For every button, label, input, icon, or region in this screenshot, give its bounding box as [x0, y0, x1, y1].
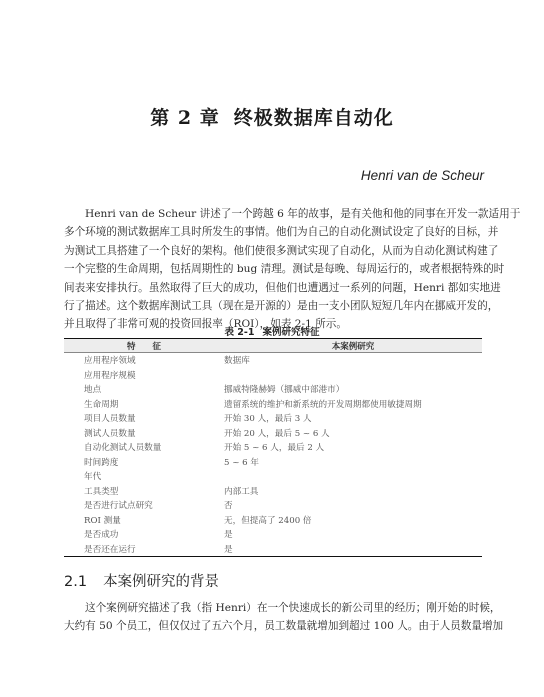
paragraph-line: Henri van de Scheur 讲述了一个跨越 6 年的故事，是有关他和… [64, 205, 482, 223]
table-cell-value: 开始 30 人，最后 3 人 [224, 411, 482, 426]
table-caption-number: 表 2-1 [225, 327, 255, 338]
table-header-this-case: 本案例研究 [224, 339, 482, 353]
table-row: 生命周期 遗留系统的维护和新系统的开发周期都使用敏捷周期 [64, 397, 482, 412]
intro-paragraph: Henri van de Scheur 讲述了一个跨越 6 年的故事，是有关他和… [64, 205, 482, 334]
paragraph-line: 大约有 50 个员工，但仅仅过了五六个月，员工数量就增加到超过 100 人。由于… [64, 617, 482, 635]
table-row: 应用程序领域 数据库 [64, 353, 482, 368]
table-cell-feature: 项目人员数量 [64, 411, 224, 426]
table-caption: 表 2-1案例研究特征 [0, 324, 544, 338]
table-cell-feature: 自动化测试人员数量 [64, 440, 224, 455]
paragraph-line: 一个完整的生命周期，包括周期性的 bug 清理。测试是每晚、每周运行的，或者根据… [64, 260, 482, 278]
case-study-table: 特 征 本案例研究 应用程序领域 数据库 应用程序规模 地点 挪威特隆赫姆（挪威… [64, 338, 482, 557]
chapter-author: Henri van de Scheur [361, 168, 484, 183]
table-cell-value: 否 [224, 498, 482, 513]
table-cell-feature: 生命周期 [64, 397, 224, 412]
table-cell-value [224, 469, 482, 484]
table-cell-feature: 工具类型 [64, 484, 224, 499]
table-cell-feature: 应用程序领域 [64, 353, 224, 368]
table-cell-value: 数据库 [224, 353, 482, 368]
section-number: 2.1 [64, 574, 87, 590]
table-row: 时间跨度 5 ~ 6 年 [64, 455, 482, 470]
table-cell-value: 无，但提高了 2400 倍 [224, 513, 482, 528]
table-cell-value: 开始 5 ~ 6 人，最后 2 人 [224, 440, 482, 455]
table-header-row: 特 征 本案例研究 [64, 339, 482, 353]
table-header-feature: 特 征 [64, 339, 224, 353]
table-cell-feature: 是否还在运行 [64, 542, 224, 557]
table-row: 自动化测试人员数量 开始 5 ~ 6 人，最后 2 人 [64, 440, 482, 455]
table-cell-value: 开始 20 人，最后 5 ~ 6 人 [224, 426, 482, 441]
paragraph-line: 为测试工具搭建了一个良好的架构。他们使很多测试实现了自动化，从而为自动化测试构建… [64, 242, 482, 260]
chapter-title-text: 终极数据库自动化 [234, 107, 394, 129]
table-row: 工具类型 内部工具 [64, 484, 482, 499]
paragraph-line: 这个案例研究描述了我（指 Henri）在一个快速成长的新公司里的经历；刚开始的时… [64, 599, 482, 617]
section-title-text: 本案例研究的背景 [103, 574, 219, 590]
table-row: 测试人员数量 开始 20 人，最后 5 ~ 6 人 [64, 426, 482, 441]
chapter-number: 第 2 章 [150, 107, 219, 129]
table-cell-feature: 时间跨度 [64, 455, 224, 470]
section-paragraph: 这个案例研究描述了我（指 Henri）在一个快速成长的新公司里的经历；刚开始的时… [64, 599, 482, 636]
paragraph-line: 行了描述。这个数据库测试工具（现在是开源的）是由一支小团队短短几年内在挪威开发的… [64, 297, 482, 315]
table-cell-feature: 是否进行试点研究 [64, 498, 224, 513]
table-row: 应用程序规模 [64, 368, 482, 383]
section-heading: 2.1本案例研究的背景 [64, 570, 219, 591]
chapter-title: 第 2 章终极数据库自动化 [0, 103, 544, 130]
table-cell-value: 是 [224, 542, 482, 557]
table-row: 是否还在运行 是 [64, 542, 482, 557]
table-cell-feature: 是否成功 [64, 527, 224, 542]
table-cell-value [224, 368, 482, 383]
table-caption-title: 案例研究特征 [262, 327, 319, 338]
table-row: 年代 [64, 469, 482, 484]
table-row: 是否进行试点研究 否 [64, 498, 482, 513]
table-cell-value: 5 ~ 6 年 [224, 455, 482, 470]
table-cell-value: 是 [224, 527, 482, 542]
table-cell-feature: 地点 [64, 382, 224, 397]
table-cell-feature: ROI 测量 [64, 513, 224, 528]
table-cell-value: 遗留系统的维护和新系统的开发周期都使用敏捷周期 [224, 397, 482, 412]
table-row: ROI 测量 无，但提高了 2400 倍 [64, 513, 482, 528]
table-cell-feature: 测试人员数量 [64, 426, 224, 441]
paragraph-line: 多个环境的测试数据库工具时所发生的事情。他们为自己的自动化测试设定了良好的目标，… [64, 223, 482, 241]
table-row: 是否成功 是 [64, 527, 482, 542]
table-cell-value: 挪威特隆赫姆（挪威中部港市） [224, 382, 482, 397]
table-row: 项目人员数量 开始 30 人，最后 3 人 [64, 411, 482, 426]
table-cell-feature: 应用程序规模 [64, 368, 224, 383]
paragraph-line: 间表来安排执行。虽然取得了巨大的成功，但他们也遭遇过一系列的问题，Henri 都… [64, 279, 482, 297]
table-cell-value: 内部工具 [224, 484, 482, 499]
table-row: 地点 挪威特隆赫姆（挪威中部港市） [64, 382, 482, 397]
table-cell-feature: 年代 [64, 469, 224, 484]
